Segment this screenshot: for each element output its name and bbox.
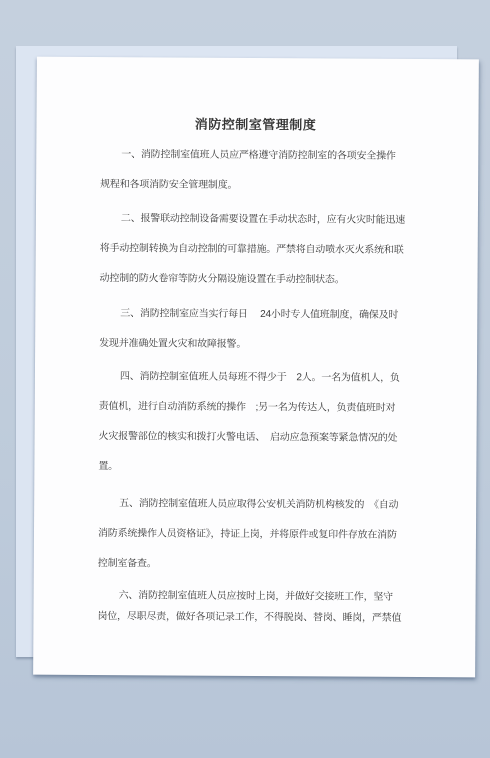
paragraph-1-line-1: 一、消防控制室值班人员应严格遵守消防控制室的各项安全操作 (100, 140, 412, 172)
paragraph-6-line-1: 六、消防控制室值班人员应按时上岗，并做好交接班工作，坚守 (98, 585, 410, 608)
paragraph-6-line-2: 岗位，尽职尽责，做好各项记录工作，不得脱岗、替岗、睡岗，严禁值 (97, 606, 409, 629)
paragraph-4-line-2: 责值机，进行自动消防系统的操作 ;另一名为传达人，负责值班时对 (99, 392, 411, 424)
paragraph-1: 一、消防控制室值班人员应严格遵守消防控制室的各项安全操作 规程和各项消防安全管理… (100, 140, 412, 202)
paragraph-2: 二、报警联动控制设备需要设置在手动状态时，应有火灾时能迅速 将手动控制转换为自动… (99, 204, 412, 296)
paragraph-1-line-2: 规程和各项消防安全管理制度。 (100, 170, 412, 202)
document-page: 消防控制室管理制度 一、消防控制室值班人员应严格遵守消防控制室的各项安全操作 规… (33, 57, 479, 678)
paragraph-3-line-1: 三、消防控制室应当实行每日 24小时专人值班制度，确保及时 (99, 299, 411, 331)
paragraph-4: 四、消防控制室值班人员每班不得少于 2人。一名为值机人，负 责值机，进行自动消防… (98, 362, 411, 484)
paragraph-2-line-2: 将手动控制转换为自动控制的可靠措施。严禁将自动喷水灭火系统和联 (100, 234, 412, 266)
paragraph-4-line-4: 置。 (98, 452, 410, 484)
paragraph-3: 三、消防控制室应当实行每日 24小时专人值班制度，确保及时 发现并准确处置火灾和… (99, 299, 411, 361)
paragraph-3-line-2: 发现并准确处置火灾和故障报警。 (99, 329, 411, 361)
paragraph-5-line-3: 控制室备查。 (98, 549, 410, 581)
paragraph-6: 六、消防控制室值班人员应按时上岗，并做好交接班工作，坚守 岗位，尽职尽责，做好各… (97, 585, 409, 629)
document-title: 消防控制室管理制度 (100, 115, 410, 135)
document-preview-background: 消防控制室管理制度 一、消防控制室值班人员应严格遵守消防控制室的各项安全操作 规… (0, 0, 490, 758)
paragraph-4-line-3: 火灾报警部位的核实和拨打火警电话、 启动应急预案等紧急情况的处 (98, 422, 410, 454)
paragraph-2-line-1: 二、报警联动控制设备需要设置在手动状态时，应有火灾时能迅速 (100, 204, 412, 236)
paragraph-5-line-2: 消防系统操作人员资格证》，持证上岗，并将原件或复印件存放在消防 (98, 519, 410, 551)
paragraph-2-line-3: 动控制的防火卷帘等防火分隔设施设置在手动控制状态。 (99, 264, 411, 296)
paragraph-4-line-1: 四、消防控制室值班人员每班不得少于 2人。一名为值机人，负 (99, 362, 411, 394)
paragraph-5: 五、消防控制室值班人员应取得公安机关消防机构核发的 《自动 消防系统操作人员资格… (98, 489, 411, 581)
paragraph-5-line-1: 五、消防控制室值班人员应取得公安机关消防机构核发的 《自动 (98, 489, 410, 521)
